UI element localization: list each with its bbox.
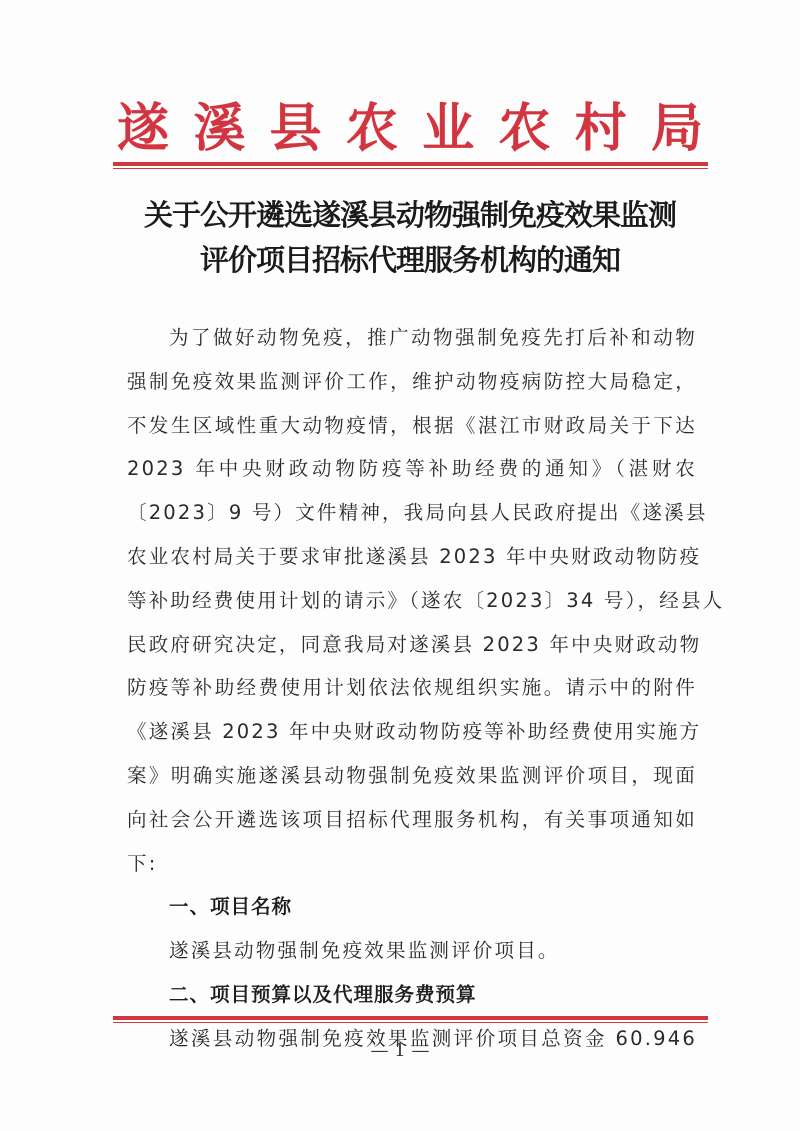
body-line: 2023 年中央财政动物防疫等补助经费的通知》（湛财农 bbox=[127, 447, 697, 491]
document-title-line-1: 关于公开遴选遂溪县动物强制免疫效果监测 bbox=[100, 193, 720, 234]
issuing-authority-masthead: 遂 溪 县 农 业 农 村 局 bbox=[112, 88, 708, 158]
body-line: 案》明确实施遂溪县动物强制免疫效果监测评价项目，现面 bbox=[127, 754, 697, 798]
masthead-char: 农 bbox=[493, 86, 555, 161]
body-line: 等补助经费使用计划的请示》（遂农〔2023〕34 号），经县人 bbox=[127, 579, 697, 623]
body-line: 向社会公开遴选该项目招标代理服务机构，有关事项通知如 bbox=[127, 798, 697, 842]
body-line: 防疫等补助经费使用计划依法依规组织实施。请示中的附件 bbox=[127, 666, 697, 710]
masthead-char: 县 bbox=[265, 86, 327, 161]
body-line: 强制免疫效果监测评价工作，维护动物疫病防控大局稳定， bbox=[127, 360, 697, 404]
body-line: 民政府研究决定，同意我局对遂溪县 2023 年中央财政动物 bbox=[127, 623, 697, 667]
masthead-char: 局 bbox=[646, 86, 708, 161]
masthead-char: 溪 bbox=[188, 86, 250, 161]
body-line: 不发生区域性重大动物疫情，根据《湛江市财政局关于下达 bbox=[127, 404, 697, 448]
section-heading-project-name: 一、项目名称 bbox=[127, 885, 697, 929]
document-title-line-2: 评价项目招标代理服务机构的通知 bbox=[100, 238, 720, 279]
body-line: 农业农村局关于要求审批遂溪县 2023 年中央财政动物防疫 bbox=[127, 535, 697, 579]
section-text-project-name: 遂溪县动物强制免疫效果监测评价项目。 bbox=[127, 929, 697, 973]
body-line: 《遂溪县 2023 年中央财政动物防疫等补助经费使用实施方 bbox=[127, 710, 697, 754]
section-heading-budget: 二、项目预算以及代理服务费预算 bbox=[127, 973, 697, 1017]
masthead-char: 农 bbox=[341, 86, 403, 161]
document-page: 遂 溪 县 农 业 农 村 局 关于公开遴选遂溪县动物强制免疫效果监测 评价项目… bbox=[0, 0, 800, 1131]
page-number: — 1 — bbox=[0, 1040, 800, 1061]
masthead-char: 村 bbox=[570, 86, 632, 161]
document-body: 为了做好动物免疫，推广动物强制免疫先打后补和动物 强制免疫效果监测评价工作，维护… bbox=[127, 316, 697, 1061]
red-header-divider bbox=[113, 162, 708, 169]
body-line: 〔2023〕9 号）文件精神，我局向县人民政府提出《遂溪县 bbox=[127, 491, 697, 535]
body-line: 下: bbox=[127, 842, 697, 886]
red-footer-divider bbox=[113, 1016, 708, 1023]
masthead-char: 遂 bbox=[112, 86, 174, 161]
body-line: 为了做好动物免疫，推广动物强制免疫先打后补和动物 bbox=[127, 316, 697, 360]
masthead-char: 业 bbox=[417, 86, 479, 161]
